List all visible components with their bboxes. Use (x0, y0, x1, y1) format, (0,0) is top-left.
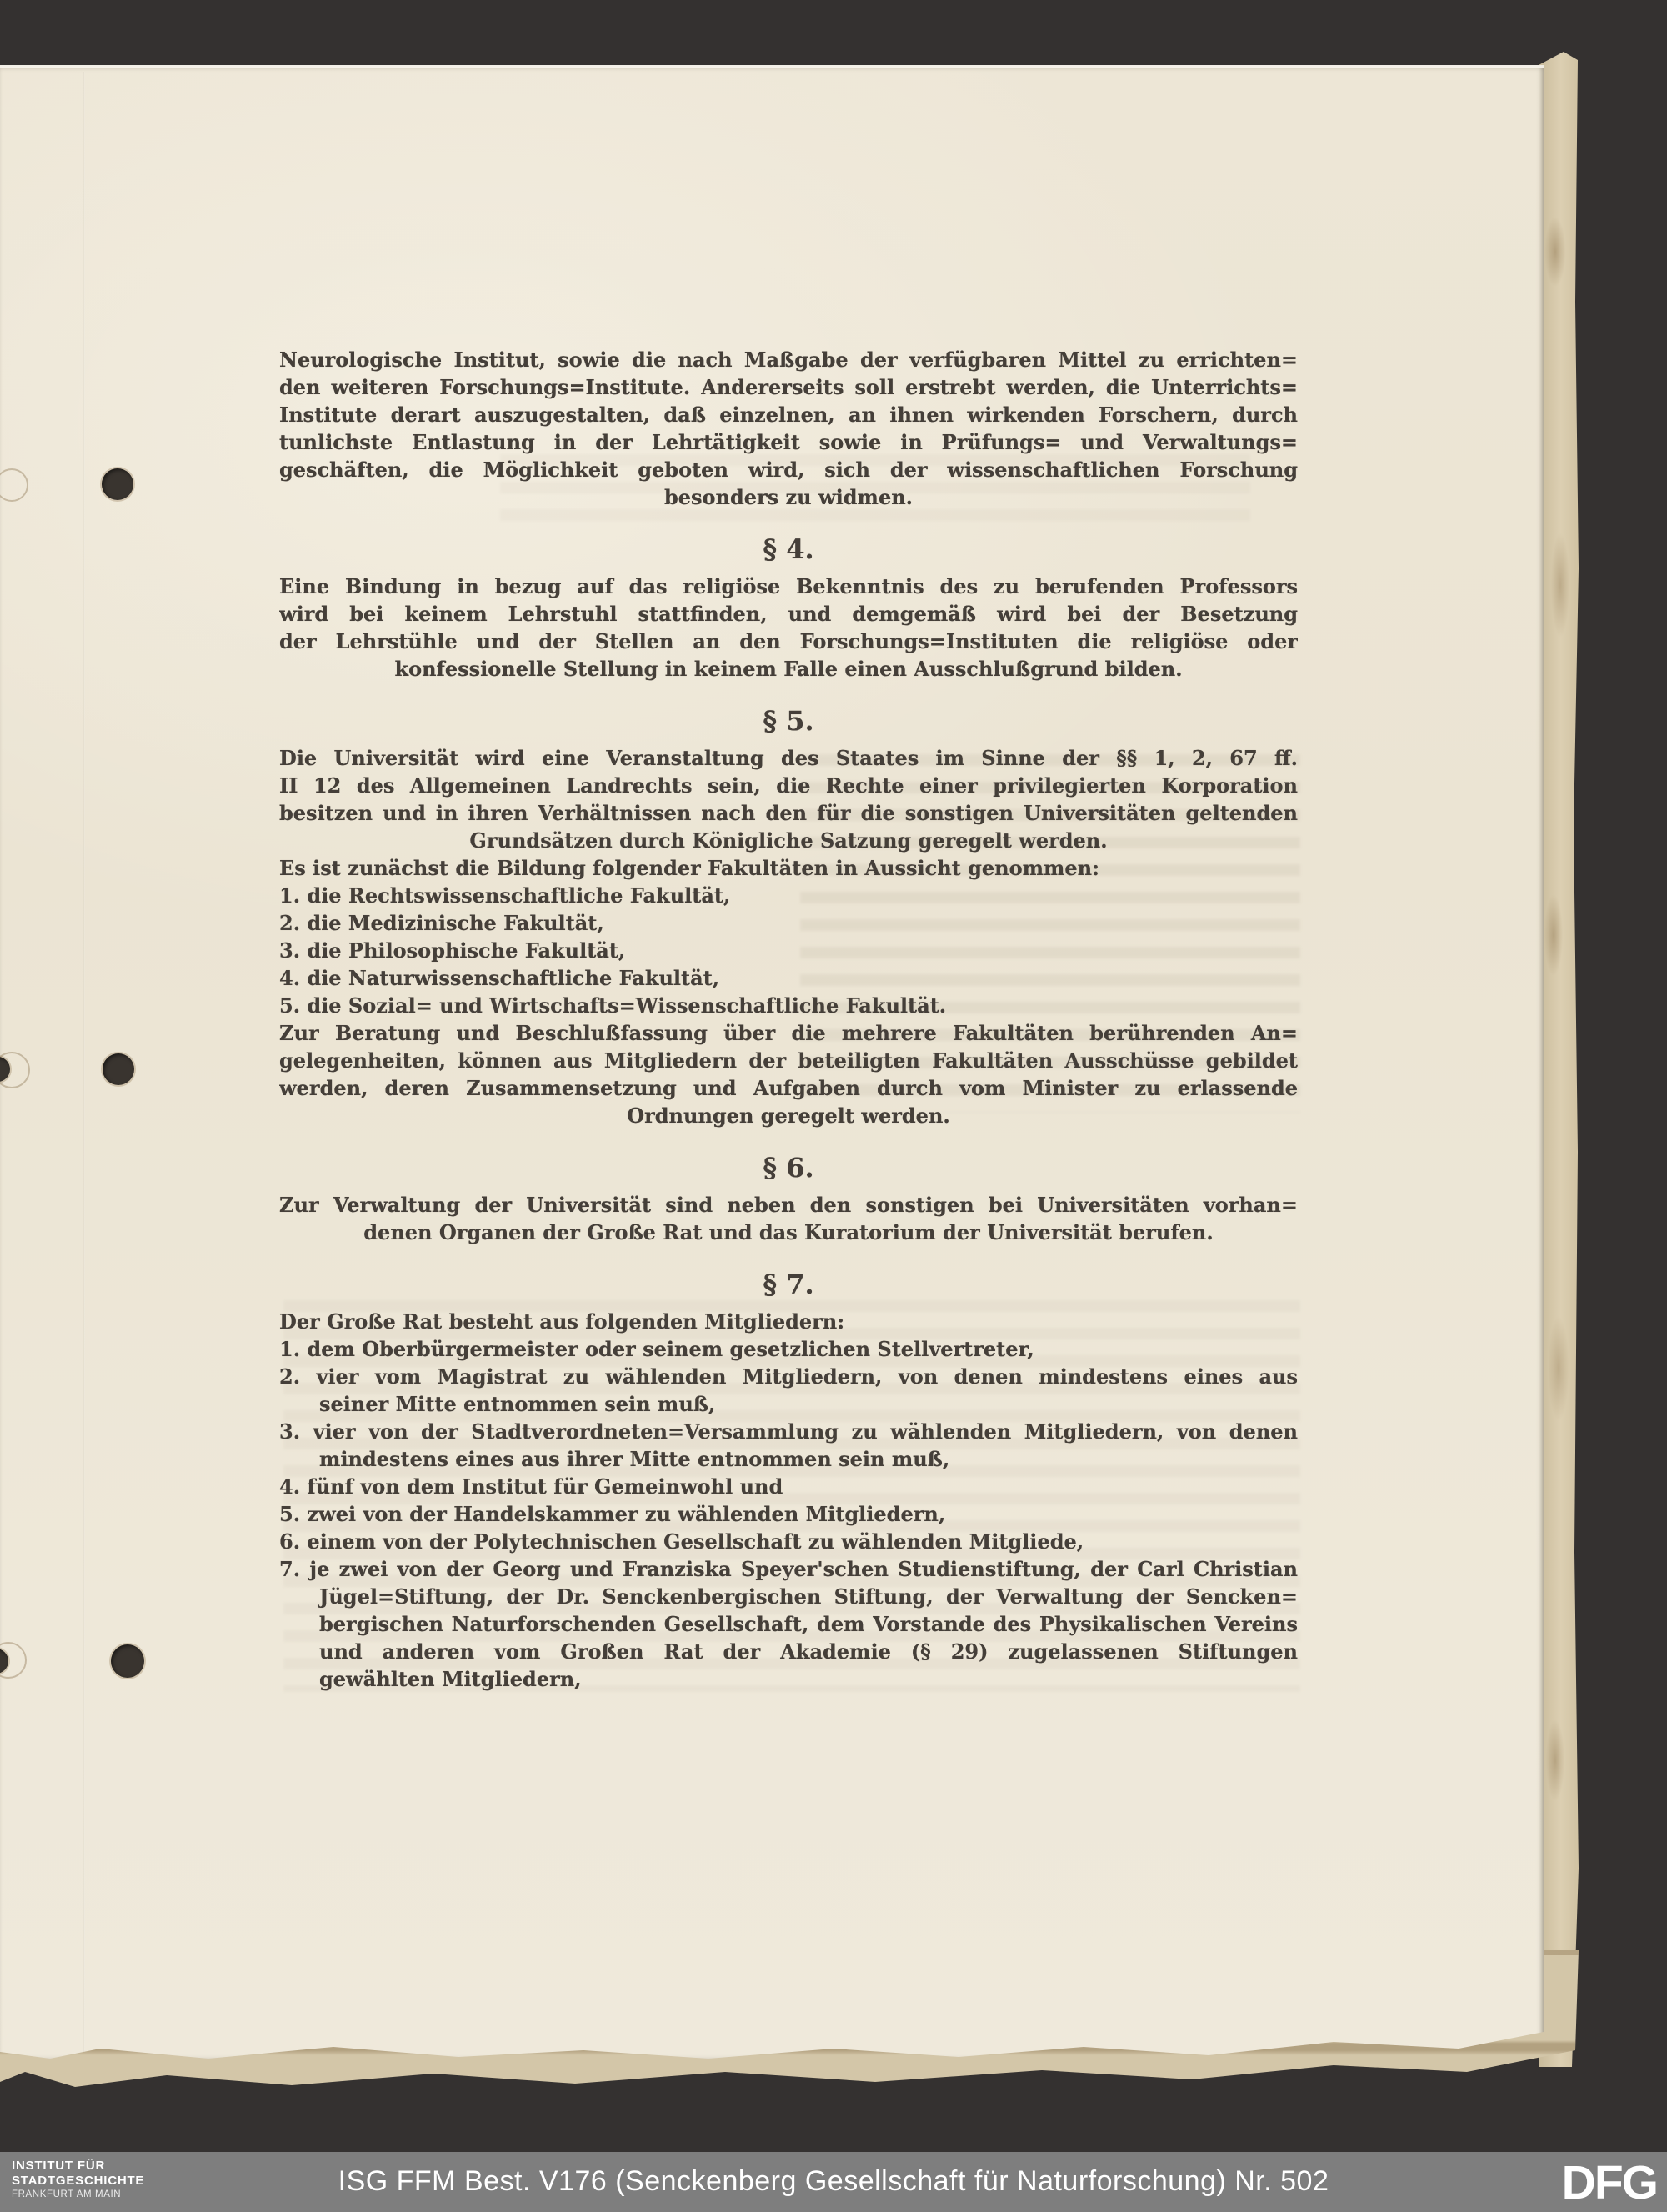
text-line: Zur Verwaltung der Universität sind nebe… (279, 1191, 1298, 1219)
text-line: konfessionelle Stellung in keinem Falle … (279, 655, 1298, 683)
section-heading: § 7. (279, 1268, 1298, 1301)
text-line: 1. die Rechtswissenschaftliche Fakultät, (279, 882, 1298, 909)
text-line: Die Universität wird eine Veranstaltung … (279, 744, 1298, 772)
text-line: 2. vier vom Magistrat zu wählenden Mitgl… (279, 1363, 1298, 1390)
paragraph: Die Universität wird eine Veranstaltung … (279, 744, 1298, 1129)
text-line: 7. je zwei von der Georg und Franziska S… (279, 1555, 1298, 1583)
text-line: gelegenheiten, können aus Mitgliedern de… (279, 1047, 1298, 1074)
text-line: 1. dem Oberbürgermeister oder seinem ges… (279, 1335, 1298, 1363)
text-line: 3. die Philosophische Fakultät, (279, 937, 1298, 964)
archive-reference: ISG FFM Best. V176 (Senckenberg Gesellsc… (0, 2165, 1667, 2198)
text-line: Es ist zunächst die Bildung folgender Fa… (279, 854, 1298, 882)
text-line: besonders zu widmen. (279, 483, 1298, 511)
text-line: gewählten Mitgliedern, (279, 1665, 1298, 1693)
paragraph: Der Große Rat besteht aus folgenden Mitg… (279, 1308, 1298, 1693)
text-line: bergischen Naturforschenden Gesellschaft… (279, 1610, 1298, 1638)
text-line: Zur Beratung und Beschlußfassung über di… (279, 1019, 1298, 1047)
dfg-logo: DFG (1562, 2155, 1657, 2210)
scan-canvas: Neurologische Institut, sowie die nach M… (0, 0, 1667, 2212)
text-line: 6. einem von der Polytechnischen Gesells… (279, 1528, 1298, 1555)
paragraph: Neurologische Institut, sowie die nach M… (279, 346, 1298, 511)
text-line: Neurologische Institut, sowie die nach M… (279, 346, 1298, 373)
text-line: 5. zwei von der Handelskammer zu wählend… (279, 1500, 1298, 1528)
text-line: Der Große Rat besteht aus folgenden Mitg… (279, 1308, 1298, 1335)
punch-hole (102, 468, 133, 500)
text-line: 4. fünf von dem Institut für Gemeinwohl … (279, 1473, 1298, 1500)
text-line: II 12 des Allgemeinen Landrechts sein, d… (279, 772, 1298, 799)
text-line: Jügel=Stiftung, der Dr. Senckenbergische… (279, 1583, 1298, 1610)
text-line: Grundsätzen durch Königliche Satzung ger… (279, 827, 1298, 854)
under-page-edge (1539, 52, 1579, 2067)
section-heading: § 5. (279, 704, 1298, 738)
text-line: Ordnungen geregelt werden. (279, 1102, 1298, 1129)
paragraph: Eine Bindung in bezug auf das religiöse … (279, 573, 1298, 683)
text-line: mindestens eines aus ihrer Mitte entnomm… (279, 1445, 1298, 1473)
text-line: besitzen und in ihren Verhältnissen nach… (279, 799, 1298, 827)
text-line: der Lehrstühle und der Stellen an den Fo… (279, 628, 1298, 655)
text-line: den weiteren Forschungs=Institute. Ander… (279, 373, 1298, 401)
text-line: 3. vier von der Stadtverordneten=Versamm… (279, 1418, 1298, 1445)
text-line: 4. die Naturwissenschaftliche Fakultät, (279, 964, 1298, 992)
archive-footer-bar: INSTITUT FÜR STADTGESCHICHTE FRANKFURT A… (0, 2152, 1667, 2212)
text-line: 2. die Medizinische Fakultät, (279, 909, 1298, 937)
punch-hole-ring (0, 468, 28, 502)
paragraph: Zur Verwaltung der Universität sind nebe… (279, 1191, 1298, 1246)
text-line: geschäften, die Möglichkeit geboten wird… (279, 456, 1298, 483)
text-line: 5. die Sozial= und Wirtschafts=Wissensch… (279, 992, 1298, 1019)
text-line: und anderen vom Großen Rat der Akademie … (279, 1638, 1298, 1665)
text-line: tunlichste Entlastung in der Lehrtätigke… (279, 428, 1298, 456)
punch-hole (103, 1053, 134, 1085)
text-line: Eine Bindung in bezug auf das religiöse … (279, 573, 1298, 600)
text-line: werden, deren Zusammensetzung und Aufgab… (279, 1074, 1298, 1102)
section-heading: § 6. (279, 1151, 1298, 1184)
paper-crease (83, 72, 85, 2055)
text-line: Institute derart auszugestalten, daß ein… (279, 401, 1298, 428)
section-heading: § 4. (279, 533, 1298, 566)
text-line: wird bei keinem Lehrstuhl stattfinden, u… (279, 600, 1298, 628)
punch-hole (111, 1644, 144, 1678)
text-line: seiner Mitte entnommen sein muß, (279, 1390, 1298, 1418)
document-text: Neurologische Institut, sowie die nach M… (279, 346, 1298, 1693)
text-line: denen Organen der Große Rat und das Kura… (279, 1219, 1298, 1246)
